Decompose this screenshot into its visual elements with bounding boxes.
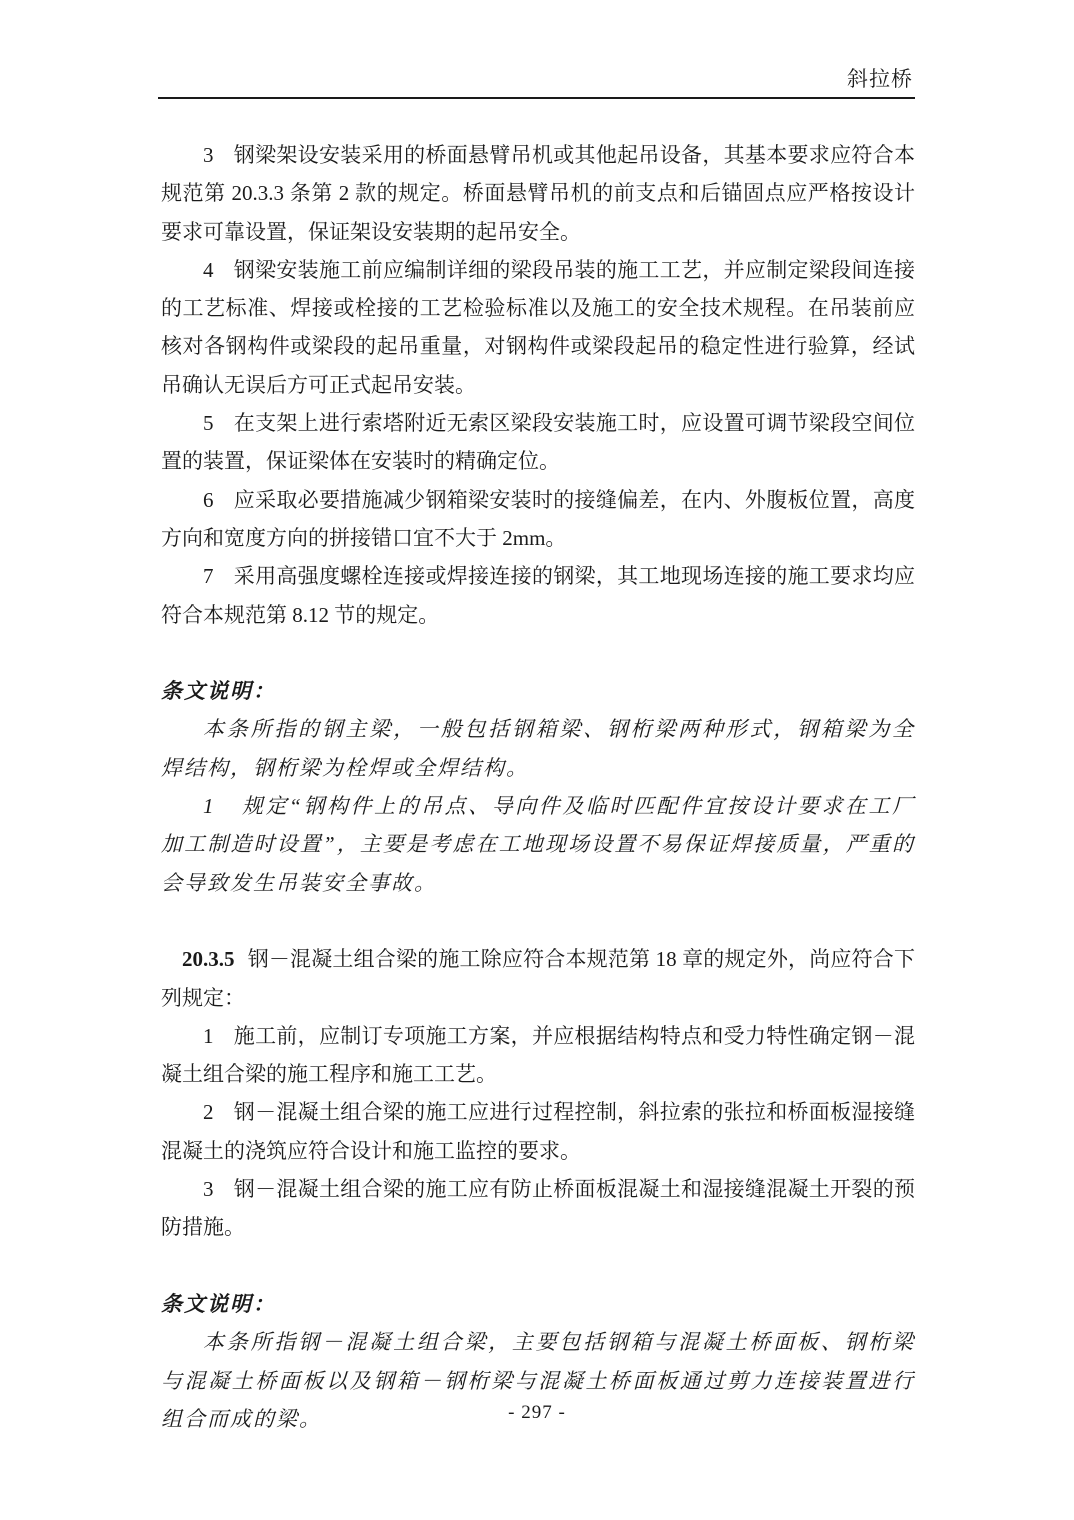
paragraph-number: 6	[203, 488, 214, 512]
paragraph: 3钢梁架设安装采用的桥面悬臂吊机或其他起吊设备，其基本要求应符合本规范第 20.…	[161, 136, 915, 251]
paragraph: 3钢－混凝土组合梁的施工应有防止桥面板混凝土和湿接缝混凝土开裂的预防措施。	[161, 1170, 915, 1247]
paragraph: 2钢－混凝土组合梁的施工应进行过程控制，斜拉索的张拉和桥面板湿接缝混凝土的浇筑应…	[161, 1093, 915, 1170]
paragraph: 1施工前，应制订专项施工方案，并应根据结构特点和受力特性确定钢－混凝土组合梁的施…	[161, 1017, 915, 1094]
paragraph: 6应采取必要措施减少钢箱梁安装时的接缝偏差，在内、外腹板位置，高度方向和宽度方向…	[161, 481, 915, 558]
paragraph-number: 5	[203, 411, 214, 435]
paragraph-text: 钢－混凝土组合梁的施工除应符合本规范第 18 章的规定外，尚应符合下列规定：	[161, 947, 915, 1009]
paragraph-number: 20.3.5	[182, 947, 235, 971]
paragraph: 5在支架上进行索塔附近无索区梁段安装施工时，应设置可调节梁段空间位置的装置，保证…	[161, 404, 915, 481]
paragraph-number: 7	[203, 564, 214, 588]
page-number: - 297 -	[508, 1402, 566, 1423]
paragraph: 7采用高强度螺栓连接或焊接连接的钢梁，其工地现场连接的施工要求均应符合本规范第 …	[161, 557, 915, 634]
paragraph-text: 钢－混凝土组合梁的施工应进行过程控制，斜拉索的张拉和桥面板湿接缝混凝土的浇筑应符…	[161, 1100, 915, 1162]
section-note-heading: 条文说明：	[161, 1285, 915, 1323]
note-paragraph: 本条所指的钢主梁，一般包括钢箱梁、钢桁梁两种形式，钢箱梁为全焊结构，钢桁梁为栓焊…	[161, 710, 915, 787]
clause-paragraph: 20.3.5钢－混凝土组合梁的施工除应符合本规范第 18 章的规定外，尚应符合下…	[161, 940, 915, 1017]
section-note-heading: 条文说明：	[161, 672, 915, 710]
paragraph-text: 采用高强度螺栓连接或焊接连接的钢梁，其工地现场连接的施工要求均应符合本规范第 8…	[161, 564, 915, 626]
paragraph-text: 钢梁安装施工前应编制详细的梁段吊装的施工工艺，并应制定梁段间连接的工艺标准、焊接…	[161, 258, 915, 397]
paragraph-number: 4	[203, 258, 214, 282]
paragraph-text: 条文说明：	[161, 679, 276, 703]
paragraph-text: 规定“钢构件上的吊点、导向件及临时匹配件宜按设计要求在工厂加工制造时设置”，主要…	[161, 794, 915, 895]
paragraph-text: 条文说明：	[161, 1292, 276, 1316]
paragraph-text: 应采取必要措施减少钢箱梁安装时的接缝偏差，在内、外腹板位置，高度方向和宽度方向的…	[161, 488, 915, 550]
paragraph-number: 1	[203, 1024, 214, 1048]
running-head: 斜拉桥	[847, 63, 913, 93]
note-paragraph: 1规定“钢构件上的吊点、导向件及临时匹配件宜按设计要求在工厂加工制造时设置”，主…	[161, 787, 915, 902]
paragraph-number: 2	[203, 1100, 214, 1124]
document-body: 3钢梁架设安装采用的桥面悬臂吊机或其他起吊设备，其基本要求应符合本规范第 20.…	[161, 136, 915, 1438]
paragraph-number: 1	[203, 794, 216, 818]
paragraph-text: 本条所指的钢主梁，一般包括钢箱梁、钢桁梁两种形式，钢箱梁为全焊结构，钢桁梁为栓焊…	[161, 717, 915, 779]
paragraph-text: 在支架上进行索塔附近无索区梁段安装施工时，应设置可调节梁段空间位置的装置，保证梁…	[161, 411, 915, 473]
page-footer: - 297 -	[0, 1402, 1074, 1424]
page-header: 斜拉桥	[158, 0, 915, 99]
paragraph-text: 钢－混凝土组合梁的施工应有防止桥面板混凝土和湿接缝混凝土开裂的预防措施。	[161, 1177, 915, 1239]
paragraph-text: 施工前，应制订专项施工方案，并应根据结构特点和受力特性确定钢－混凝土组合梁的施工…	[161, 1024, 915, 1086]
paragraph-number: 3	[203, 1177, 214, 1201]
paragraph: 4钢梁安装施工前应编制详细的梁段吊装的施工工艺，并应制定梁段间连接的工艺标准、焊…	[161, 251, 915, 404]
paragraph-number: 3	[203, 143, 214, 167]
paragraph-text: 钢梁架设安装采用的桥面悬臂吊机或其他起吊设备，其基本要求应符合本规范第 20.3…	[161, 143, 915, 244]
